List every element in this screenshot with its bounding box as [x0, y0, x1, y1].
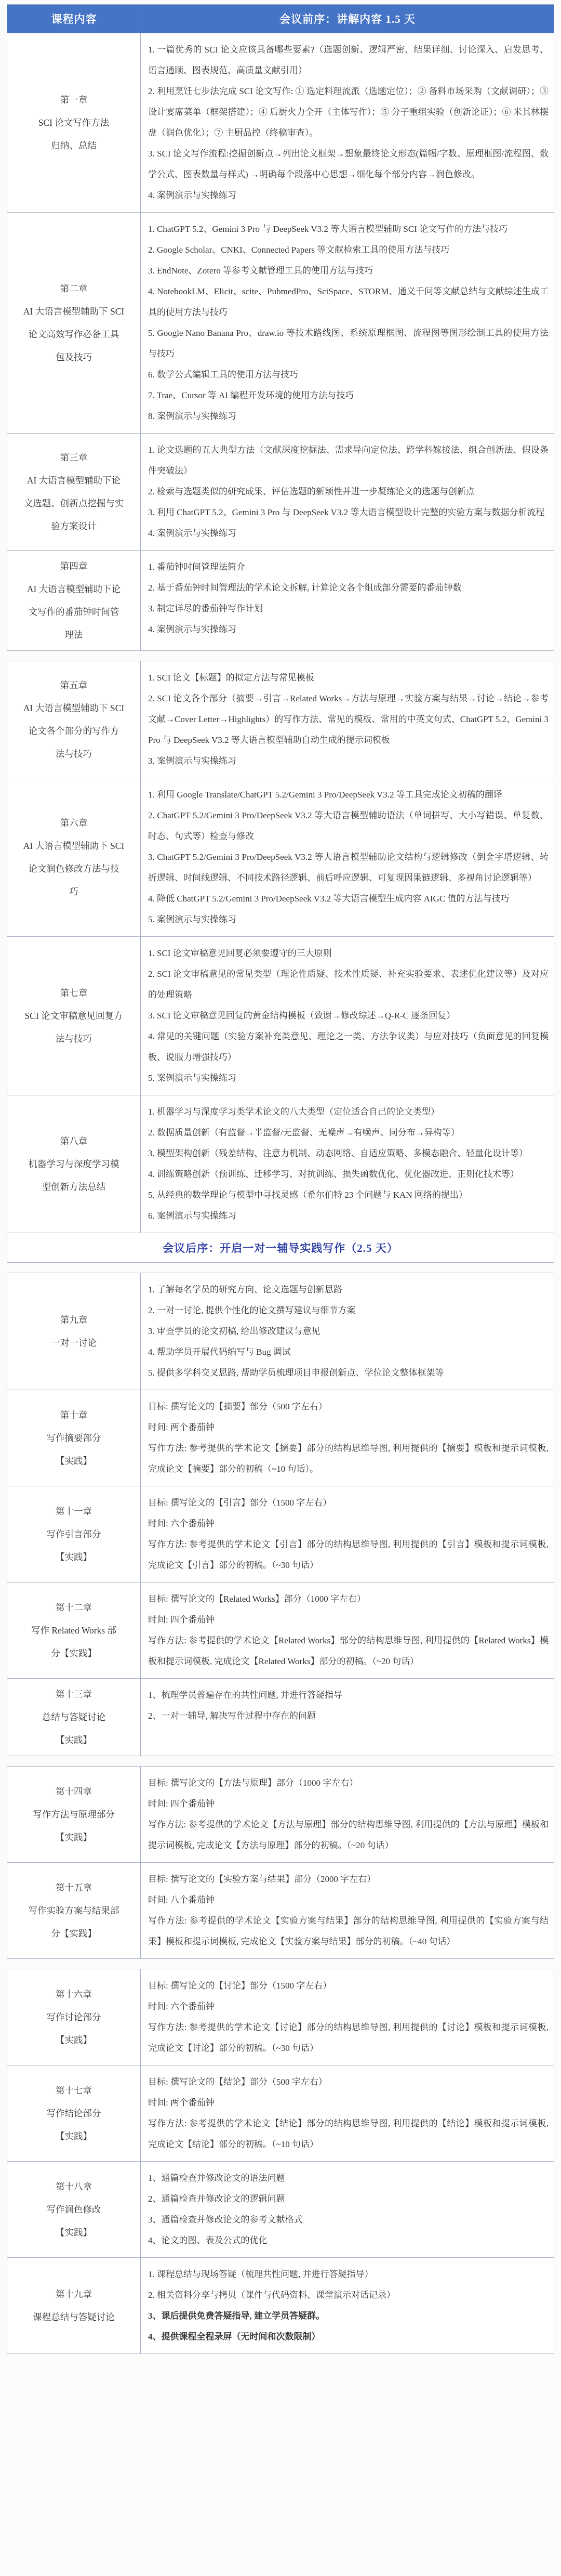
content-item: 1. 一篇优秀的 SCI 论文应该具备哪些要素?（选题创新、逻辑严密、结果详细、…	[148, 40, 549, 81]
chapter-title-line: 第十三章	[56, 1683, 92, 1706]
chapter-title-line: 型创新方法总结	[42, 1175, 106, 1198]
chapter-title-cell: 第十章写作摘要部分【实践】	[7, 1390, 141, 1486]
chapter-title-line: 【实践】	[56, 2029, 92, 2051]
chapter-title-line: AI 大语言模型辅助下 SCI	[23, 697, 124, 720]
chapter-title-line: 第十章	[60, 1404, 88, 1427]
chapter-title-line: 写作 Related Works 部	[31, 1619, 116, 1642]
chapter-title-line: 第十一章	[56, 1500, 92, 1523]
segment-5-rows: 第十六章写作讨论部分【实践】目标: 撰写论文的【讨论】部分（1500 字左右）时…	[7, 1969, 554, 2353]
chapter-title-cell: 第八章机器学习与深度学习模型创新方法总结	[7, 1095, 141, 1233]
header-pre-session-title: 会议前序：讲解内容 1.5 天	[141, 5, 554, 33]
content-item: 1. 利用 Google Translate/ChatGPT 5.2/Gemin…	[148, 784, 549, 805]
chapter-title-line: SCI 论文写作方法	[38, 111, 110, 134]
chapter-title-line: 分【实践】	[51, 1922, 97, 1945]
content-item: 2. 检索与选题类似的研究成果、评估选题的新颖性并进一步凝练论文的选题与创新点	[148, 481, 549, 502]
chapter-title-line: 【实践】	[56, 2221, 92, 2244]
chapter-title-line: 【实践】	[56, 1449, 92, 1472]
chapter-title-line: 巧	[69, 880, 78, 903]
chapter-content-cell: 1. SCI 论文【标题】的拟定方法与常见模板2. SCI 论文各个部分（摘要→…	[141, 661, 554, 778]
chapter-title-line: 写作实验方案与结果部	[29, 1899, 119, 1922]
content-item: 时间: 两个番茄钟	[148, 2093, 549, 2113]
content-item: 7. Trae、Cursor 等 AI 编程开发环境的使用方法与技巧	[148, 385, 549, 406]
chapter-title-line: 论文各个部分的写作方	[29, 720, 119, 742]
chapter-row: 第二章AI 大语言模型辅助下 SCI论文高效写作必备工具包及技巧1. ChatG…	[7, 212, 554, 433]
chapter-content-cell: 目标: 撰写论文的【摘要】部分（500 字左右）时间: 两个番茄钟写作方法: 参…	[141, 1390, 554, 1486]
chapter-title-line: 第十六章	[56, 1983, 92, 2006]
chapter-row: 第十二章写作 Related Works 部分【实践】目标: 撰写论文的【Rel…	[7, 1582, 554, 1678]
chapter-content-cell: 1. SCI 论文审稿意见回复必须要遵守的三大原则2. SCI 论文审稿意见的常…	[141, 937, 554, 1095]
chapter-row: 第十七章写作结论部分【实践】目标: 撰写论文的【结论】部分（500 字左右）时间…	[7, 2065, 554, 2161]
chapter-row: 第一章SCI 论文写作方法归纳、总结1. 一篇优秀的 SCI 论文应该具备哪些要…	[7, 33, 554, 212]
content-item: 1. SCI 论文【标题】的拟定方法与常见模板	[148, 668, 549, 688]
chapter-row: 第十四章写作方法与原理部分【实践】目标: 撰写论文的【方法与原理】部分（1000…	[7, 1767, 554, 1862]
content-item: 目标: 撰写论文的【方法与原理】部分（1000 字左右）	[148, 1773, 549, 1794]
content-item: 3、通篇检查并修改论文的参考文献格式	[148, 2209, 549, 2230]
content-item: 目标: 撰写论文的【结论】部分（500 字左右）	[148, 2072, 549, 2093]
chapter-row: 第四章AI 大语言模型辅助下论文写作的番茄钟时间管理法1. 番茄钟时间管理法简介…	[7, 550, 554, 650]
chapter-title-line: 第七章	[60, 982, 88, 1004]
chapter-title-line: 验方案设计	[51, 515, 97, 538]
content-item: 4. 案例演示与实操练习	[148, 619, 549, 640]
chapter-title-cell: 第四章AI 大语言模型辅助下论文写作的番茄钟时间管理法	[7, 551, 141, 650]
content-item: 1. ChatGPT 5.2、Gemini 3 Pro 与 DeepSeek V…	[148, 219, 549, 240]
chapter-title-line: 文选题、创新点挖掘与实	[24, 492, 124, 515]
content-item: 3. EndNote、Zotero 等参考文献管理工具的使用方法与技巧	[148, 260, 549, 281]
segment-3-rows: 第九章一对一讨论1. 了解每名学员的研究方向、论文选题与创新思路2. 一对一讨论…	[7, 1273, 554, 1756]
chapter-content-cell: 目标: 撰写论文的【方法与原理】部分（1000 字左右）时间: 四个番茄钟写作方…	[141, 1767, 554, 1862]
chapter-title-line: 第十二章	[56, 1596, 92, 1619]
chapter-title-line: 课程总结与答疑讨论	[33, 2306, 115, 2329]
content-item: 3. SCI 论文写作流程:挖掘创新点→列出论文框架→想象最终论文形态(篇幅/字…	[148, 143, 549, 185]
segment-1-rows: 第一章SCI 论文写作方法归纳、总结1. 一篇优秀的 SCI 论文应该具备哪些要…	[7, 33, 554, 650]
chapter-title-line: 总结与答疑讨论	[42, 1706, 106, 1729]
chapter-title-cell: 第十三章总结与答疑讨论【实践】	[7, 1679, 141, 1756]
chapter-title-line: 论文润色修改方法与技	[29, 857, 119, 880]
chapter-title-line: 第八章	[60, 1130, 88, 1153]
content-item: 1. 机器学习与深度学习类学术论文的八大类型（定位适合自己的论文类型）	[148, 1102, 549, 1122]
chapter-row: 第六章AI 大语言模型辅助下 SCI论文润色修改方法与技巧1. 利用 Googl…	[7, 778, 554, 936]
chapter-title-line: 第一章	[60, 88, 88, 111]
chapter-title-line: 归纳、总结	[51, 134, 97, 157]
chapter-title-line: 分【实践】	[51, 1642, 97, 1665]
chapter-title-cell: 第六章AI 大语言模型辅助下 SCI论文润色修改方法与技巧	[7, 778, 141, 936]
chapter-content-cell: 1. ChatGPT 5.2、Gemini 3 Pro 与 DeepSeek V…	[141, 213, 554, 433]
chapter-title-cell: 第一章SCI 论文写作方法归纳、总结	[7, 33, 141, 212]
content-item: 3. 模型架构创新（残差结构、注意力机制、动态网络、自适应策略、多模态融合、轻量…	[148, 1143, 549, 1164]
chapter-title-line: 第四章	[60, 555, 88, 578]
chapter-title-line: SCI 论文审稿意见回复方	[24, 1004, 123, 1027]
content-item: 1. 课程总结与现场答疑（梳理共性问题, 并进行答疑指导）	[148, 2264, 549, 2285]
chapter-title-line: 文写作的番茄钟时间管	[29, 600, 119, 623]
chapter-row: 第五章AI 大语言模型辅助下 SCI论文各个部分的写作方法与技巧1. SCI 论…	[7, 661, 554, 778]
chapter-title-line: 写作摘要部分	[47, 1427, 101, 1449]
content-item: 4、论文的图、表及公式的优化	[148, 2230, 549, 2251]
content-item: 4. 案例演示与实操练习	[148, 523, 549, 544]
content-item: 4. 案例演示与实操练习	[148, 185, 549, 206]
chapter-content-cell: 1. 利用 Google Translate/ChatGPT 5.2/Gemin…	[141, 778, 554, 936]
chapter-title-line: 第三章	[60, 446, 88, 469]
chapter-row: 第九章一对一讨论1. 了解每名学员的研究方向、论文选题与创新思路2. 一对一讨论…	[7, 1273, 554, 1390]
chapter-row: 第十三章总结与答疑讨论【实践】1、梳理学员普遍存在的共性问题, 并进行答疑指导2…	[7, 1678, 554, 1756]
content-item: 时间: 两个番茄钟	[148, 1417, 549, 1438]
chapter-title-line: 写作引言部分	[47, 1523, 101, 1546]
chapter-row: 第十九章课程总结与答疑讨论1. 课程总结与现场答疑（梳理共性问题, 并进行答疑指…	[7, 2257, 554, 2353]
content-item: 时间: 六个番茄钟	[148, 1996, 549, 2017]
content-item: 2. 一对一讨论, 提供个性化的论文撰写建议与细节方案	[148, 1300, 549, 1321]
content-item: 1、梳理学员普遍存在的共性问题, 并进行答疑指导	[148, 1685, 549, 1706]
table-segment-1: 课程内容 会议前序：讲解内容 1.5 天 第一章SCI 论文写作方法归纳、总结1…	[7, 4, 554, 651]
content-item: 3. ChatGPT 5.2/Gemini 3 Pro/DeepSeek V3.…	[148, 847, 549, 888]
segment-4-rows: 第十四章写作方法与原理部分【实践】目标: 撰写论文的【方法与原理】部分（1000…	[7, 1767, 554, 1958]
content-item: 2、一对一辅导, 解决写作过程中存在的问题	[148, 1706, 549, 1727]
course-outline-page: 课程内容 会议前序：讲解内容 1.5 天 第一章SCI 论文写作方法归纳、总结1…	[0, 0, 561, 2576]
chapter-row: 第八章机器学习与深度学习模型创新方法总结1. 机器学习与深度学习类学术论文的八大…	[7, 1095, 554, 1233]
content-item: 时间: 四个番茄钟	[148, 1610, 549, 1630]
content-item: 5. 从经典的数学理论与模型中寻找灵感（希尔伯特 23 个问题与 KAN 网络的…	[148, 1185, 549, 1206]
chapter-content-cell: 目标: 撰写论文的【实验方案与结果】部分（2000 字左右）时间: 八个番茄钟写…	[141, 1863, 554, 1958]
content-item: 2. Google Scholar、CNKI、Connected Papers …	[148, 240, 549, 260]
chapter-title-cell: 第十八章写作润色修改【实践】	[7, 2162, 141, 2257]
content-item: 2. SCI 论文各个部分（摘要→引言→Related Works→方法与原理→…	[148, 688, 549, 751]
content-item: 4. 帮助学员开展代码编写与 Bug 调试	[148, 1342, 549, 1363]
content-item: 目标: 撰写论文的【摘要】部分（500 字左右）	[148, 1396, 549, 1417]
content-item: 5. Google Nano Banana Pro、draw.io 等技术路线图…	[148, 323, 549, 364]
chapter-title-cell: 第五章AI 大语言模型辅助下 SCI论文各个部分的写作方法与技巧	[7, 661, 141, 778]
chapter-content-cell: 1. 课程总结与现场答疑（梳理共性问题, 并进行答疑指导）2. 相关资料分享与拷…	[141, 2258, 554, 2353]
chapter-title-cell: 第三章AI 大语言模型辅助下论文选题、创新点挖掘与实验方案设计	[7, 434, 141, 550]
content-item: 2. 利用烹饪七步法完成 SCI 论文写作: ① 选定料理流派（选题定位）；② …	[148, 81, 549, 143]
content-item: 1. 了解每名学员的研究方向、论文选题与创新思路	[148, 1279, 549, 1300]
content-item: 1. 论文选题的五大典型方法（文献深度挖掘法、需求导向定位法、跨学科嫁接法、组合…	[148, 440, 549, 481]
content-item: 2. 相关资料分享与拷贝（课件与代码资料、课堂演示对话记录）	[148, 2285, 549, 2306]
content-item: 3. 制定详尽的番茄钟写作计划	[148, 598, 549, 619]
chapter-title-cell: 第九章一对一讨论	[7, 1273, 141, 1390]
chapter-content-cell: 目标: 撰写论文的【引言】部分（1500 字左右）时间: 六个番茄钟写作方法: …	[141, 1486, 554, 1582]
content-item: 2. 数据质量创新（有监督→半监督/无监督、无噪声→有噪声、同分布→异构等）	[148, 1122, 549, 1143]
content-item: 2. ChatGPT 5.2/Gemini 3 Pro/DeepSeek V3.…	[148, 805, 549, 847]
chapter-title-line: 第十七章	[56, 2079, 92, 2102]
chapter-title-line: 第十八章	[56, 2175, 92, 2198]
content-item: 4. NotebookLM、Elicit、scite、PubmedPro、Sci…	[148, 281, 549, 323]
content-item: 目标: 撰写论文的【讨论】部分（1500 字左右）	[148, 1976, 549, 1996]
chapter-title-line: 写作润色修改	[47, 2198, 101, 2221]
chapter-content-cell: 目标: 撰写论文的【Related Works】部分（1000 字左右）时间: …	[141, 1583, 554, 1678]
chapter-title-cell: 第十一章写作引言部分【实践】	[7, 1486, 141, 1582]
chapter-title-line: 【实践】	[56, 2125, 92, 2148]
chapter-title-line: 写作讨论部分	[47, 2006, 101, 2029]
chapter-row: 第十六章写作讨论部分【实践】目标: 撰写论文的【讨论】部分（1500 字左右）时…	[7, 1969, 554, 2065]
chapter-title-line: 写作结论部分	[47, 2102, 101, 2125]
chapter-title-line: 机器学习与深度学习模	[29, 1153, 119, 1175]
chapter-title-line: AI 大语言模型辅助下 SCI	[23, 300, 124, 323]
content-item: 6. 案例演示与实操练习	[148, 1206, 549, 1226]
content-item: 4. 降低 ChatGPT 5.2/Gemini 3 Pro/DeepSeek …	[148, 888, 549, 909]
chapter-title-line: 【实践】	[56, 1826, 92, 1849]
table-segment-5: 第十六章写作讨论部分【实践】目标: 撰写论文的【讨论】部分（1500 字左右）时…	[7, 1969, 554, 2354]
chapter-title-cell: 第十七章写作结论部分【实践】	[7, 2065, 141, 2161]
chapter-content-cell: 1. 了解每名学员的研究方向、论文选题与创新思路2. 一对一讨论, 提供个性化的…	[141, 1273, 554, 1390]
content-item: 时间: 四个番茄钟	[148, 1794, 549, 1814]
content-item: 目标: 撰写论文的【引言】部分（1500 字左右）	[148, 1493, 549, 1513]
segment-2-rows: 第五章AI 大语言模型辅助下 SCI论文各个部分的写作方法与技巧1. SCI 论…	[7, 661, 554, 1233]
content-item: 6. 数学公式编辑工具的使用方法与技巧	[148, 364, 549, 385]
chapter-title-cell: 第七章SCI 论文审稿意见回复方法与技巧	[7, 937, 141, 1095]
content-item: 5. 案例演示与实操练习	[148, 1068, 549, 1089]
chapter-content-cell: 1. 论文选题的五大典型方法（文献深度挖掘法、需求导向定位法、跨学科嫁接法、组合…	[141, 434, 554, 550]
content-item: 4. 常见的关键问题（实验方案补充类意见、理论之一类、方法争议类）与应对技巧（负…	[148, 1026, 549, 1068]
content-item: 写作方法: 参考提供的学术论文【结论】部分的结构思维导图, 利用提供的【结论】模…	[148, 2113, 549, 2155]
table-segment-3: 第九章一对一讨论1. 了解每名学员的研究方向、论文选题与创新思路2. 一对一讨论…	[7, 1273, 554, 1756]
content-item: 5. 案例演示与实操练习	[148, 909, 549, 930]
chapter-row: 第十八章写作润色修改【实践】1、通篇检查并修改论文的语法问题2、通篇检查并修改论…	[7, 2161, 554, 2257]
content-item: 2. 基于番茄钟时间管理法的学术论文拆解, 计算论文各个组成部分需要的番茄钟数	[148, 578, 549, 598]
chapter-content-cell: 1. 番茄钟时间管理法简介2. 基于番茄钟时间管理法的学术论文拆解, 计算论文各…	[141, 551, 554, 650]
chapter-row: 第十五章写作实验方案与结果部分【实践】目标: 撰写论文的【实验方案与结果】部分（…	[7, 1862, 554, 1958]
chapter-content-cell: 1. 一篇优秀的 SCI 论文应该具备哪些要素?（选题创新、逻辑严密、结果详细、…	[141, 33, 554, 212]
content-item: 目标: 撰写论文的【实验方案与结果】部分（2000 字左右）	[148, 1869, 549, 1890]
table-segment-4: 第十四章写作方法与原理部分【实践】目标: 撰写论文的【方法与原理】部分（1000…	[7, 1766, 554, 1959]
content-item: 3. SCI 论文审稿意见回复的黄金结构模板（致谢→修改综述→Q-R-C 逐条回…	[148, 1005, 549, 1026]
header-course-content: 课程内容	[7, 5, 141, 33]
content-item: 写作方法: 参考提供的学术论文【摘要】部分的结构思维导图, 利用提供的【摘要】模…	[148, 1438, 549, 1480]
chapter-title-cell: 第十四章写作方法与原理部分【实践】	[7, 1767, 141, 1862]
chapter-row: 第十一章写作引言部分【实践】目标: 撰写论文的【引言】部分（1500 字左右）时…	[7, 1486, 554, 1582]
post-session-banner: 会议后序：开启一对一辅导实践写作（2.5 天）	[7, 1233, 554, 1262]
chapter-title-line: 第十五章	[56, 1876, 92, 1899]
content-item: 写作方法: 参考提供的学术论文【方法与原理】部分的结构思维导图, 利用提供的【方…	[148, 1814, 549, 1856]
table-header-row: 课程内容 会议前序：讲解内容 1.5 天	[7, 5, 554, 33]
chapter-title-line: 第五章	[60, 674, 88, 697]
content-item: 1. SCI 论文审稿意见回复必须要遵守的三大原则	[148, 943, 549, 964]
chapter-title-line: AI 大语言模型辅助下论	[27, 578, 121, 600]
content-item: 3、课后提供免费答疑指导, 建立学员答疑群。	[148, 2306, 549, 2326]
chapter-title-cell: 第十二章写作 Related Works 部分【实践】	[7, 1583, 141, 1678]
chapter-title-line: 写作方法与原理部分	[33, 1803, 115, 1826]
content-item: 写作方法: 参考提供的学术论文【实验方案与结果】部分的结构思维导图, 利用提供的…	[148, 1911, 549, 1952]
chapter-title-line: 第二章	[60, 277, 88, 300]
content-item: 目标: 撰写论文的【Related Works】部分（1000 字左右）	[148, 1589, 549, 1610]
content-item: 3. 利用 ChatGPT 5.2、Gemini 3 Pro 与 DeepSee…	[148, 502, 549, 523]
chapter-title-line: 第六章	[60, 812, 88, 834]
chapter-title-line: 一对一讨论	[51, 1331, 97, 1354]
content-item: 1. 番茄钟时间管理法简介	[148, 557, 549, 578]
content-item: 写作方法: 参考提供的学术论文【Related Works】部分的结构思维导图,…	[148, 1630, 549, 1672]
chapter-title-line: 理法	[65, 623, 83, 646]
chapter-title-line: 法与技巧	[56, 742, 92, 765]
chapter-content-cell: 1. 机器学习与深度学习类学术论文的八大类型（定位适合自己的论文类型）2. 数据…	[141, 1095, 554, 1233]
content-item: 8. 案例演示与实操练习	[148, 406, 549, 427]
chapter-title-line: AI 大语言模型辅助下 SCI	[23, 834, 124, 857]
chapter-title-line: 论文高效写作必备工具	[29, 323, 119, 346]
chapter-title-line: 包及技巧	[56, 346, 92, 369]
content-item: 5. 提供多学科交叉思路, 帮助学员梳理项目申报创新点、学位论文整体框架等	[148, 1363, 549, 1383]
content-item: 3. 案例演示与实操练习	[148, 751, 549, 772]
content-item: 3. 审查学员的论文初稿, 给出修改建议与意见	[148, 1321, 549, 1342]
content-item: 时间: 六个番茄钟	[148, 1513, 549, 1534]
content-item: 时间: 八个番茄钟	[148, 1890, 549, 1911]
chapter-content-cell: 1、通篇检查并修改论文的语法问题2、通篇检查并修改论文的逻辑问题3、通篇检查并修…	[141, 2162, 554, 2257]
chapter-content-cell: 目标: 撰写论文的【结论】部分（500 字左右）时间: 两个番茄钟写作方法: 参…	[141, 2065, 554, 2161]
content-item: 4、提供课程全程录屏（无时间和次数限制）	[148, 2326, 549, 2347]
chapter-title-line: 第十九章	[56, 2283, 92, 2306]
table-segment-2: 第五章AI 大语言模型辅助下 SCI论文各个部分的写作方法与技巧1. SCI 论…	[7, 661, 554, 1263]
content-item: 写作方法: 参考提供的学术论文【引言】部分的结构思维导图, 利用提供的【引言】模…	[148, 1534, 549, 1576]
chapter-title-line: 第九章	[60, 1309, 88, 1331]
content-item: 2. SCI 论文审稿意见的常见类型（理论性质疑、技术性质疑、补充实验要求、表述…	[148, 964, 549, 1005]
chapter-title-line: 【实践】	[56, 1729, 92, 1751]
chapter-title-line: AI 大语言模型辅助下论	[27, 469, 121, 492]
chapter-title-cell: 第十六章写作讨论部分【实践】	[7, 1969, 141, 2065]
chapter-row: 第七章SCI 论文审稿意见回复方法与技巧1. SCI 论文审稿意见回复必须要遵守…	[7, 936, 554, 1095]
content-item: 写作方法: 参考提供的学术论文【讨论】部分的结构思维导图, 利用提供的【讨论】模…	[148, 2017, 549, 2059]
chapter-title-cell: 第十五章写作实验方案与结果部分【实践】	[7, 1863, 141, 1958]
chapter-title-cell: 第二章AI 大语言模型辅助下 SCI论文高效写作必备工具包及技巧	[7, 213, 141, 433]
chapter-content-cell: 目标: 撰写论文的【讨论】部分（1500 字左右）时间: 六个番茄钟写作方法: …	[141, 1969, 554, 2065]
content-item: 4. 训练策略创新（预训练、迁移学习、对抗训练、损失函数优化、优化器改进、正则化…	[148, 1164, 549, 1185]
chapter-title-line: 【实践】	[56, 1546, 92, 1568]
chapter-title-line: 法与技巧	[56, 1027, 92, 1050]
chapter-title-cell: 第十九章课程总结与答疑讨论	[7, 2258, 141, 2353]
chapter-row: 第十章写作摘要部分【实践】目标: 撰写论文的【摘要】部分（500 字左右）时间:…	[7, 1390, 554, 1486]
content-item: 2、通篇检查并修改论文的逻辑问题	[148, 2189, 549, 2209]
chapter-content-cell: 1、梳理学员普遍存在的共性问题, 并进行答疑指导2、一对一辅导, 解决写作过程中…	[141, 1679, 554, 1756]
chapter-row: 第三章AI 大语言模型辅助下论文选题、创新点挖掘与实验方案设计1. 论文选题的五…	[7, 433, 554, 550]
chapter-title-line: 第十四章	[56, 1780, 92, 1803]
content-item: 1、通篇检查并修改论文的语法问题	[148, 2168, 549, 2189]
